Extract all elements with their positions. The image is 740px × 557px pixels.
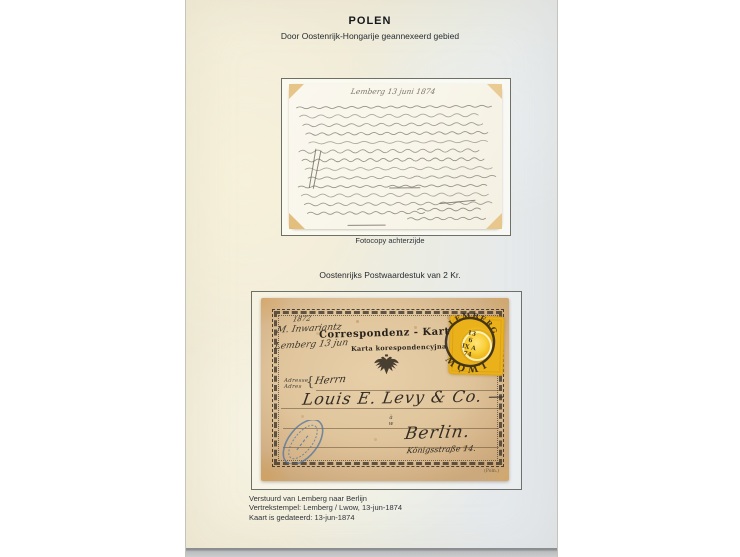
exhibit2-heading: Oostenrijks Postwaardestuk van 2 Kr. — [240, 270, 540, 280]
footnote-card-date: Kaart is gedateerd: 13-jun-1874 — [249, 513, 402, 522]
pencil-note-year: 1872 — [292, 315, 312, 324]
lemberg-postmark: LEMBERG LWÓW 13 6 IX A 74 — [432, 304, 508, 380]
page-subtitle: Door Oostenrijk-Hongarije geannexeerd ge… — [200, 31, 540, 41]
exhibit2-frame: Correspondenz - Karte. Karta koresponden… — [251, 291, 522, 490]
svg-text:74: 74 — [463, 350, 473, 359]
footnote-route: Verstuurd van Lemberg naar Berlijn — [249, 494, 402, 503]
a-over-w-label: à w — [386, 415, 396, 427]
handwriting-scribbles — [288, 83, 502, 230]
printer-imprint: (Poln.) — [459, 469, 499, 474]
postal-card: Correspondenz - Karte. Karta koresponden… — [261, 298, 509, 481]
photocopy-card: Lemberg 13 juni 1874 — [289, 84, 502, 229]
foxing-spots — [356, 320, 359, 323]
footnote-departure-postmark: Vertrekstempel: Lemberg / Lwow, 13-jun-1… — [249, 503, 402, 512]
handwritten-addressee: Louis E. Levy & Co. — — [301, 386, 507, 409]
address-label: Adresse Adres — [284, 378, 308, 390]
arrival-oval-stamp — [271, 420, 335, 464]
handwritten-salutation: Herrn — [314, 374, 347, 387]
page-bottom-edge — [186, 548, 557, 557]
page-title: POLEN — [200, 15, 540, 27]
exhibit1-frame: Lemberg 13 juni 1874 — [281, 78, 511, 236]
double-eagle-icon — [373, 354, 400, 375]
handwritten-city: Berlin. — [403, 422, 471, 444]
address-brace: { — [306, 375, 314, 390]
handwritten-date-line: Lemberg 13 juni 1874 — [350, 87, 502, 96]
photo-of-album-page: POLEN Door Oostenrijk-Hongarije geannexe… — [0, 0, 740, 557]
exhibit1-caption: Fotocopy achterzijde — [290, 236, 490, 245]
exhibit2-footnotes: Verstuurd van Lemberg naar Berlijn Vertr… — [249, 494, 402, 522]
album-page: POLEN Door Oostenrijk-Hongarije geannexe… — [185, 0, 558, 557]
